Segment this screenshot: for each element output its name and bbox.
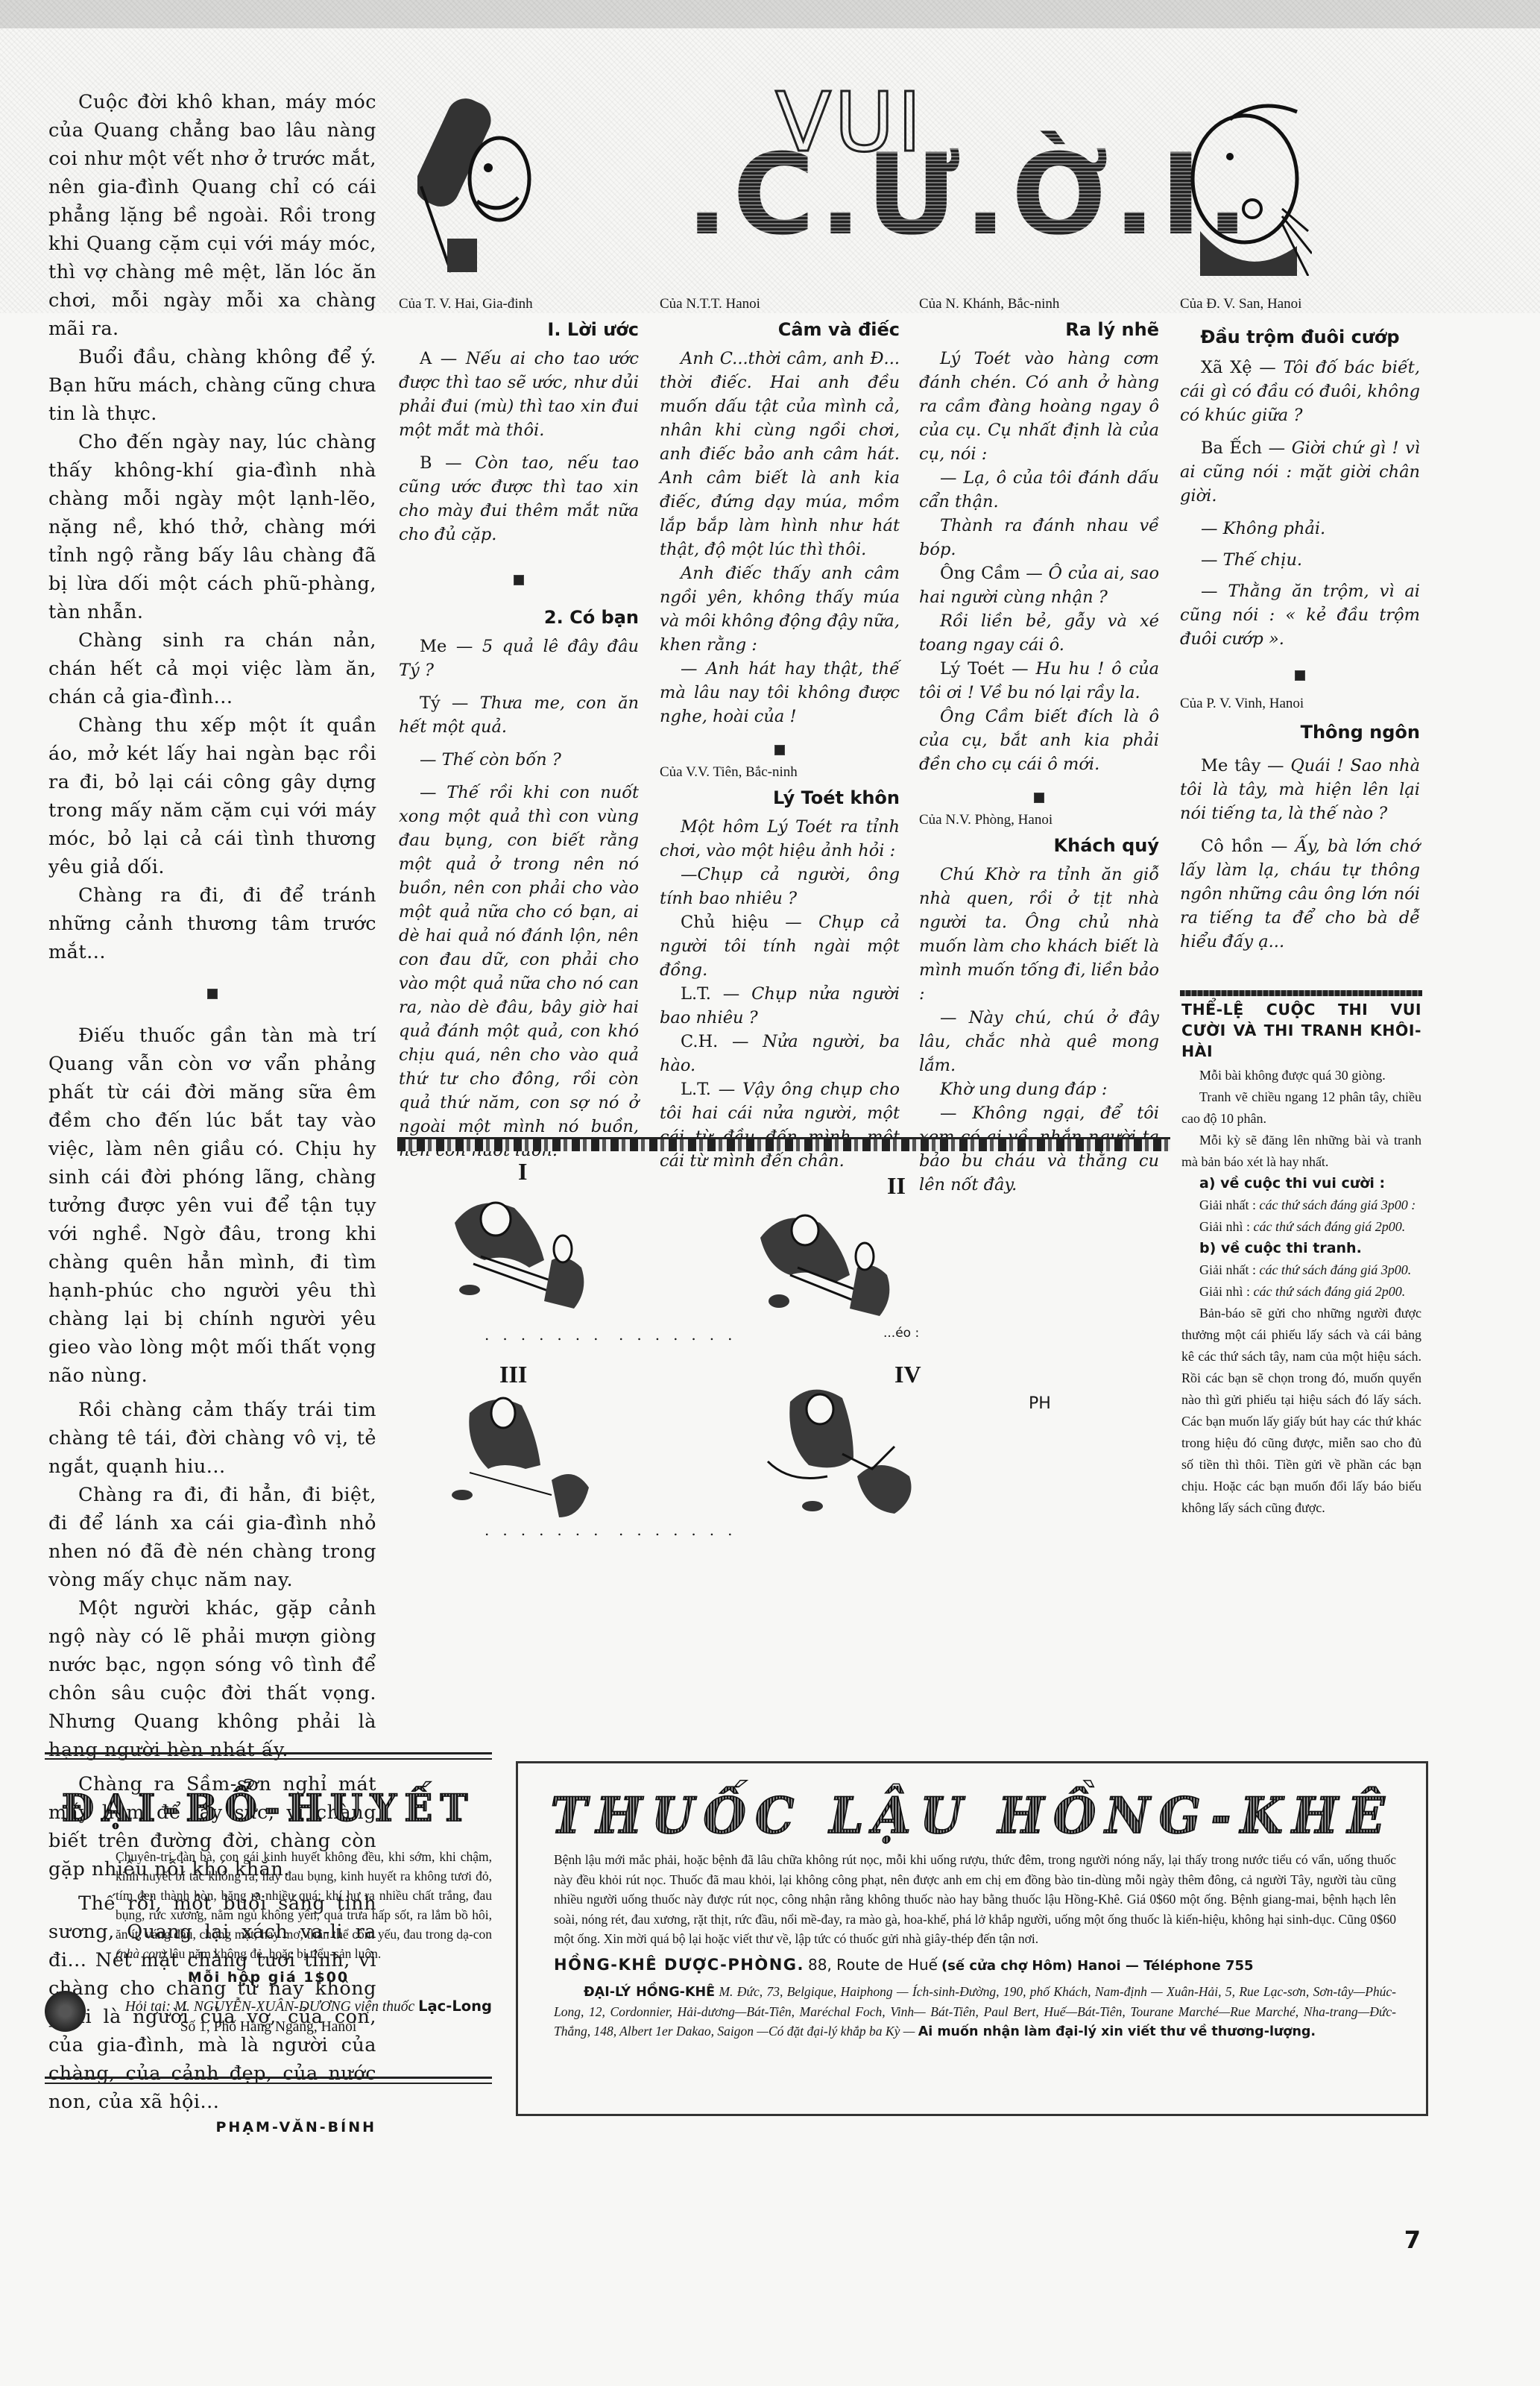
prize-text: các thứ sách đáng giá 2p00. bbox=[1254, 1219, 1406, 1234]
joke-speaker: C.H. — bbox=[681, 1032, 748, 1051]
joke-speaker: — bbox=[1201, 519, 1218, 538]
ad-contact-shop: Lạc-Long bbox=[418, 1998, 492, 2015]
prize-text: các thứ sách đáng giá 3p00 : bbox=[1259, 1197, 1416, 1212]
joke-column-1: Của T. V. Hai, Gia-đinh I. Lời ước A — N… bbox=[399, 295, 639, 1162]
story-paragraph: Buổi đầu, chàng không để ý. Bạn hữu mách… bbox=[48, 343, 376, 428]
joke-title: Khách quý bbox=[919, 833, 1159, 858]
contest-prize: Giải nhì : các thứ sách đáng giá 2p00. bbox=[1181, 1281, 1421, 1303]
joke-line: L.T. — Vậy ông chụp cho tôi hai cái nửa … bbox=[660, 1077, 900, 1173]
joke-line: Rồi liền bẻ, gẫy và xé toang ngay cái ô. bbox=[919, 609, 1159, 657]
joke-line: — Thế rồi khi con nuốt xong một quả thì … bbox=[399, 781, 639, 1162]
agents-cta: Ai muốn nhận làm đại-lý xin viết thư về … bbox=[918, 2024, 1316, 2039]
joke-speaker: L.T. — bbox=[681, 984, 739, 1004]
contest-prize: Giải nhất : các thứ sách đáng giá 3p00. bbox=[1181, 1259, 1421, 1281]
joke-line: — Không phải. bbox=[1180, 517, 1420, 541]
contest-rule: Mỗi kỳ sẽ đăng lên những bài và tranh mà… bbox=[1181, 1130, 1421, 1173]
section-ornament bbox=[1295, 670, 1305, 681]
joke-text: Thế chịu. bbox=[1223, 550, 1302, 570]
joke-line: Ông Cầm biết đích là ô của cụ, bắt anh k… bbox=[919, 705, 1159, 776]
prize-label: Giải nhất : bbox=[1199, 1197, 1256, 1212]
joke-speaker: Lý Toét — bbox=[940, 659, 1029, 679]
ad-left-bottom-rule bbox=[45, 2077, 492, 2084]
joke-column-2: Của N.T.T. Hanoi Câm và điếc Anh C...thờ… bbox=[660, 295, 900, 1173]
ad-right-agents: ĐẠI-LÝ HỒNG-KHÊ M. Đức, 73, Belgique, Ha… bbox=[554, 1982, 1396, 2042]
ad-left-body: Chuyên-trị đàn bà, con gái kinh huyết kh… bbox=[116, 1847, 492, 1963]
joke-line: Me — 5 quả lê đây đâu Tý ? bbox=[399, 635, 639, 682]
joke-line: Lý Toét — Hu hu ! ô của tôi ơi ! Về bu n… bbox=[919, 657, 1159, 705]
medicine-seal-icon bbox=[45, 1991, 86, 2032]
comic-panel-1 bbox=[440, 1178, 596, 1312]
contest-section-b: b) về cuộc thi tranh. bbox=[1181, 1238, 1421, 1259]
contest-prize: Giải nhì : các thứ sách đáng giá 2p00. bbox=[1181, 1216, 1421, 1238]
joke-text: Thế rồi khi con nuốt xong một quả thì co… bbox=[399, 783, 639, 1160]
joke-speaker: Chủ hiệu — bbox=[681, 913, 802, 932]
story-paragraph: Cuộc đời khô khan, máy móc của Quang chẳ… bbox=[48, 88, 376, 343]
comic-dots: ....... bbox=[485, 1521, 612, 1539]
comic-dots: ....... bbox=[485, 1326, 612, 1344]
joke-speaker: A — bbox=[420, 349, 457, 368]
joke-line: — Thế chịu. bbox=[1180, 548, 1420, 572]
joke-line: — Thằng ăn trộm, vì ai cũng nói : « kẻ đ… bbox=[1180, 579, 1420, 651]
joke-line: — Thế còn bốn ? bbox=[399, 748, 639, 772]
comic-caption-fragment: ...éo : bbox=[883, 1326, 919, 1341]
comic-dots: ....... bbox=[619, 1326, 746, 1344]
joke-byline: Của N. Khánh, Bắc-ninh bbox=[919, 295, 1159, 314]
joke-text: Thế còn bốn ? bbox=[442, 750, 561, 769]
comic-panel-2 bbox=[745, 1193, 902, 1323]
joke-speaker: Tý — bbox=[420, 693, 468, 713]
masthead-cartoon-right bbox=[1185, 97, 1312, 276]
joke-title: Ra lý nhẽ bbox=[919, 317, 1159, 342]
contest-divider bbox=[1180, 990, 1422, 996]
joke-speaker: Me tây — bbox=[1201, 756, 1284, 775]
joke-line: Chú Khờ ra tỉnh ăn giỗ nhà quen, rồi ở t… bbox=[919, 863, 1159, 1006]
ad-left-title: ĐẠI-BỔ-HUYẾT bbox=[45, 1786, 492, 1831]
ad-body-end: lâu năm không đẻ, hoặc bị tiểu-sản luôn. bbox=[166, 1946, 382, 1961]
masthead-cartoon-left bbox=[417, 89, 544, 276]
ad-right-pharmacy: HỒNG-KHÊ DƯỢC-PHÒNG. 88, Route de Huế (s… bbox=[554, 1954, 1396, 1977]
section-ornament bbox=[774, 745, 785, 755]
joke-title: Đầu trộm đuôi cướp bbox=[1180, 324, 1420, 350]
masthead-title-cuoi: .C.Ư.Ờ.I. bbox=[686, 130, 1253, 260]
joke-byline: Của Đ. V. San, Hanoi bbox=[1180, 295, 1420, 314]
comic-dots: ....... bbox=[619, 1521, 746, 1539]
story-paragraph: Một người khác, gặp cảnh ngộ này có lẽ p… bbox=[48, 1594, 376, 1764]
joke-line: Ông Cầm — Ô của ai, sao hai người cùng n… bbox=[919, 561, 1159, 609]
ad-dai-bo-huyet: ĐẠI-BỔ-HUYẾT Chuyên-trị đàn bà, con gái … bbox=[45, 1786, 492, 2036]
joke-byline: Của P. V. Vinh, Hanoi bbox=[1180, 694, 1420, 714]
comic-signature: PH bbox=[1029, 1394, 1044, 1414]
joke-speaker: Xã Xệ — bbox=[1201, 358, 1276, 377]
contest-title: THỂ-LỆ CUỘC THI VUI CƯỜI VÀ THI TRANH KH… bbox=[1181, 999, 1421, 1062]
contest-closing: Bản-báo sẽ gửi cho những người được thưở… bbox=[1181, 1303, 1421, 1519]
joke-speaker: — bbox=[681, 865, 698, 884]
joke-line: — Này chú, chú ở đây lâu, chắc nhà quê m… bbox=[919, 1006, 1159, 1077]
ad-right-title: THUỐC LẬU HỒNG-KHÊ bbox=[518, 1786, 1426, 1845]
ad-thuoc-lau-hong-khe: THUỐC LẬU HỒNG-KHÊ Bệnh lậu mới mắc phải… bbox=[516, 1761, 1428, 2116]
joke-text: Không phải. bbox=[1223, 519, 1326, 538]
story-paragraph: Chàng thu xếp một ít quần áo, mở két lấy… bbox=[48, 711, 376, 881]
joke-line: — Lạ, ô của tôi đánh dấu cẩn thận. bbox=[919, 466, 1159, 514]
joke-column-4: Của Đ. V. San, Hanoi Đầu trộm đuôi cướp … bbox=[1180, 295, 1420, 954]
ad-body-italic: (nhà con) bbox=[116, 1946, 166, 1961]
prize-label: Giải nhì : bbox=[1199, 1284, 1250, 1299]
joke-line: Khờ ung dung đáp : bbox=[919, 1077, 1159, 1101]
joke-line: Anh điếc thấy anh câm ngồi yên, không th… bbox=[660, 561, 900, 657]
joke-speaker: B — bbox=[420, 453, 462, 473]
comic-panel-4 bbox=[753, 1379, 924, 1517]
ad-left-top-rule bbox=[45, 1752, 492, 1760]
prize-text: các thứ sách đáng giá 2p00. bbox=[1254, 1284, 1406, 1299]
joke-line: Tý — Thưa me, con ăn hết một quả. bbox=[399, 691, 639, 739]
section-ornament bbox=[207, 989, 218, 999]
joke-line: Xã Xệ — Tôi đố bác biết, cái gì có đầu c… bbox=[1180, 356, 1420, 427]
joke-column-3: Của N. Khánh, Bắc-ninh Ra lý nhẽ Lý Toét… bbox=[919, 295, 1159, 1197]
story-paragraph: Điếu thuốc gần tàn mà trí Quang vẫn còn … bbox=[48, 1022, 376, 1390]
story-paragraph: Chàng ra đi, đi hẳn, đi biệt, đi để lánh… bbox=[48, 1481, 376, 1594]
joke-line: Lý Toét vào hàng cơm đánh chén. Có anh ở… bbox=[919, 347, 1159, 466]
ad-right-body: Bệnh lậu mới mắc phải, hoặc bệnh đã lâu … bbox=[554, 1850, 1396, 1949]
story-part1: Cuộc đời khô khan, máy móc của Quang chẳ… bbox=[48, 88, 376, 966]
contest-section-a: a) về cuộc thi vui cười : bbox=[1181, 1173, 1421, 1194]
joke-line: Một hôm Lý Toét ra tỉnh chơi, vào một hi… bbox=[660, 815, 900, 863]
agents-label: ĐẠI-LÝ HỒNG-KHÊ bbox=[584, 1985, 715, 2000]
joke-line: Anh C...thời câm, anh Đ... thời điếc. Ha… bbox=[660, 347, 900, 561]
joke-speaker: — bbox=[420, 783, 437, 802]
joke-speaker: L.T. — bbox=[681, 1080, 735, 1099]
story-author: PHẠM-VĂN-BÍNH bbox=[48, 2119, 376, 2135]
ad-left-address: Số 1, Phố Hàng Ngang, Hanoi bbox=[45, 2019, 492, 2036]
contest-rules: THỂ-LỆ CUỘC THI VUI CƯỜI VÀ THI TRANH KH… bbox=[1181, 999, 1421, 1519]
joke-title: 2. Có bạn bbox=[399, 605, 639, 630]
joke-speaker: — bbox=[1201, 582, 1218, 601]
prize-label: Giải nhất : bbox=[1199, 1262, 1256, 1277]
prize-label: Giải nhì : bbox=[1199, 1219, 1250, 1234]
joke-speaker: — bbox=[420, 750, 437, 769]
contest-rule: Mỗi bài không được quá 30 giòng. bbox=[1181, 1065, 1421, 1086]
joke-byline: Của T. V. Hai, Gia-đinh bbox=[399, 295, 639, 314]
joke-title: Thông ngôn bbox=[1180, 720, 1420, 745]
story-paragraph: Rồi chàng cảm thấy trái tim chàng tê tái… bbox=[48, 1396, 376, 1481]
story-paragraph: Chàng ra đi, đi để tránh những cảnh thươ… bbox=[48, 881, 376, 966]
joke-line: C.H. — Nửa người, ba hào. bbox=[660, 1030, 900, 1077]
joke-line: Chủ hiệu — Chụp cả người tôi tính ngài m… bbox=[660, 910, 900, 982]
joke-speaker: — bbox=[1201, 550, 1218, 570]
comic-top-border bbox=[397, 1137, 1170, 1151]
ad-body-text: Chuyên-trị đàn bà, con gái kinh huyết kh… bbox=[116, 1849, 492, 1942]
joke-byline: Của N.V. Phòng, Hanoi bbox=[919, 810, 1159, 830]
joke-speaker: Ông Cầm — bbox=[940, 564, 1043, 583]
joke-byline: Của N.T.T. Hanoi bbox=[660, 295, 900, 314]
story-paragraph: Cho đến ngày nay, lúc chàng thấy không-k… bbox=[48, 428, 376, 626]
joke-line: Cô hồn — Ấy, bà lớn chớ lấy làm lạ, cháu… bbox=[1180, 834, 1420, 954]
joke-speaker: — bbox=[681, 659, 698, 679]
joke-line: B — Còn tao, nếu tao cũng ước được thì t… bbox=[399, 451, 639, 547]
joke-line: Thành ra đánh nhau về bóp. bbox=[919, 514, 1159, 561]
joke-speaker: — bbox=[940, 468, 957, 488]
ad-left-contact: Hỏi tại: M. NGUYỄN-XUÂN-DƯƠNG viện thuốc… bbox=[45, 1996, 492, 2018]
joke-line: A — Nếu ai cho tao ước được thì tao sẽ ư… bbox=[399, 347, 639, 442]
ad-left-price: Mỗi hộp giá 1$00 bbox=[45, 1969, 492, 1986]
joke-title: I. Lời ước bbox=[399, 317, 639, 342]
section-ornament bbox=[514, 575, 524, 585]
joke-speaker: Ba Ếch — bbox=[1201, 438, 1285, 458]
joke-line: L.T. — Chụp nửa người bao nhiêu ? bbox=[660, 982, 900, 1030]
joke-title: Câm và điếc bbox=[660, 317, 900, 342]
story-paragraph: Chàng sinh ra chán nản, chán hết cả mọi … bbox=[48, 626, 376, 711]
contest-prize: Giải nhất : các thứ sách đáng giá 3p00 : bbox=[1181, 1194, 1421, 1216]
joke-line: — Anh hát hay thật, thế mà lâu nay tôi k… bbox=[660, 657, 900, 728]
comic-panel-3 bbox=[440, 1383, 596, 1517]
section-ornament bbox=[1034, 793, 1044, 803]
joke-line: Ba Ếch — Giời chứ gì ! vì ai cũng nói : … bbox=[1180, 436, 1420, 508]
ad-contact-name: Hỏi tại: M. NGUYỄN-XUÂN-DƯƠNG viện thuốc bbox=[125, 1999, 414, 2015]
joke-speaker: — bbox=[940, 1104, 957, 1123]
page-number: 7 bbox=[1404, 2226, 1421, 2254]
prize-text: các thứ sách đáng giá 3p00. bbox=[1259, 1262, 1411, 1277]
joke-speaker: — bbox=[940, 1008, 957, 1027]
joke-title: Lý Toét khôn bbox=[660, 785, 900, 810]
pharmacy-phone: (sế cửa chợ Hôm) Hanoi — Téléphone 755 bbox=[941, 1958, 1254, 1974]
joke-speaker: Me — bbox=[420, 637, 473, 656]
pharmacy-name: HỒNG-KHÊ DƯỢC-PHÒNG. bbox=[554, 1956, 804, 1974]
joke-line: Me tây — Quái ! Sao nhà tôi là tây, mà h… bbox=[1180, 754, 1420, 825]
pharmacy-address: 88, Route de Huế bbox=[808, 1956, 938, 1974]
joke-speaker: Cô hồn — bbox=[1201, 837, 1287, 856]
joke-byline: Của V.V. Tiên, Bắc-ninh bbox=[660, 763, 900, 782]
contest-rule: Tranh vẽ chiều ngang 12 phân tây, chiều … bbox=[1181, 1086, 1421, 1130]
ad-right-content: Bệnh lậu mới mắc phải, hoặc bệnh đã lâu … bbox=[518, 1845, 1426, 2042]
joke-line: —Chụp cả người, ông tính bao nhiêu ? bbox=[660, 863, 900, 910]
